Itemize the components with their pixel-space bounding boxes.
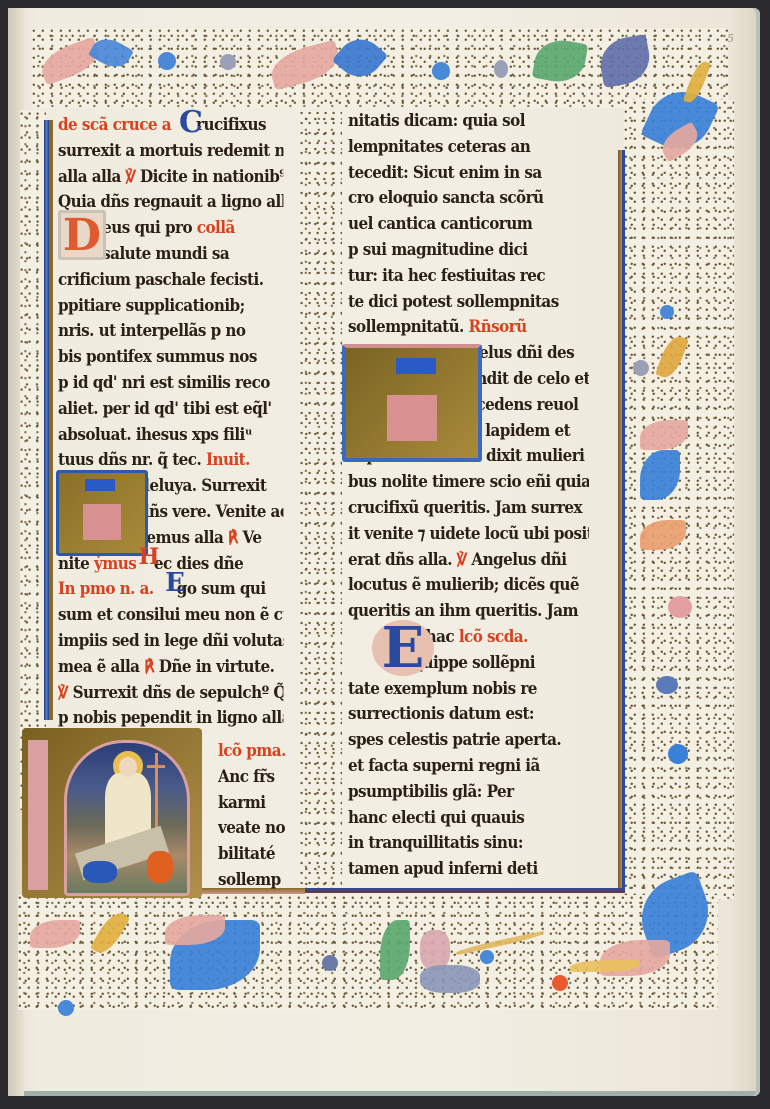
initial-e-ex: E bbox=[372, 620, 434, 676]
text-line: cro eloquio sancta scõrũ bbox=[348, 185, 589, 211]
text-line: ℣ Surrexit dñs de sepulchº Q̃. bbox=[58, 680, 283, 706]
text-line: karmi bbox=[218, 790, 301, 816]
text-beside-miniature: lcõ pma. Anc fr̃s karmi veate no bilitat… bbox=[218, 738, 308, 893]
text-line: erat dñs alla. ℣ Angelus dñi bbox=[348, 547, 589, 573]
text-line: ppitiare supplicationib; bbox=[58, 293, 283, 319]
text-line: locutus ẽ mulierib; dicẽs quẽ bbox=[348, 572, 589, 598]
right-border-decoration bbox=[624, 100, 734, 900]
text-line: nris. ut interpellãs p no bbox=[58, 318, 283, 344]
blue-ball-icon bbox=[480, 950, 494, 964]
text-line: tamen apud inferni deti bbox=[348, 856, 589, 882]
text-line: it venite ⁊ uidete locũ ubi posit⁹ bbox=[348, 521, 589, 547]
right-text-column: nitatis dicam: quia sol lempnitates cete… bbox=[348, 108, 610, 882]
resurrection-miniature bbox=[64, 740, 190, 896]
left-text-column: de scã cruce a rucifixus surrexit a mort… bbox=[58, 112, 303, 731]
left-border-decoration bbox=[20, 110, 46, 810]
text-line: alla alla ℣ Dicite in nationib⁹ bbox=[58, 164, 283, 190]
hybrid-figure-icon bbox=[420, 930, 450, 970]
text-line: crucifixũ queritis. Jam surrex bbox=[348, 495, 589, 521]
initial-panel-blue bbox=[85, 479, 115, 491]
grey-ball-icon bbox=[322, 955, 338, 971]
text-line: bis pontifex summus nos bbox=[58, 344, 283, 370]
text-line: sollempnitatũ. Rn̄sorũ bbox=[348, 314, 589, 340]
text-line: tate exemplum nobis re bbox=[348, 676, 589, 702]
initial-h-haec: H bbox=[138, 546, 160, 568]
text-line: et facta superni regni iã bbox=[348, 753, 589, 779]
blue-flower-icon bbox=[668, 744, 688, 764]
text-line: mea ẽ alla ℟ Dñe in virtute. bbox=[58, 654, 283, 680]
bottom-frame-bar bbox=[300, 888, 625, 893]
text-line: de scã cruce a rucifixus bbox=[58, 112, 283, 138]
text-line: absoluat. ihesus xps filiᵘ bbox=[58, 422, 283, 448]
text-line: veate no bbox=[218, 815, 301, 841]
text-line: crificium paschale fecisti. bbox=[58, 267, 283, 293]
initial-h-stem bbox=[28, 740, 48, 890]
text-line: hanc electi qui quauis bbox=[348, 805, 589, 831]
text-line: p sui magnitudine dici bbox=[348, 237, 589, 263]
text-line: in tranquillitatis sinu: bbox=[348, 830, 589, 856]
blue-ball-icon bbox=[58, 1000, 74, 1016]
initial-panel-pink bbox=[387, 395, 437, 441]
initial-d: D bbox=[58, 210, 106, 260]
blue-ball-icon bbox=[660, 305, 674, 319]
text-line: queritis an ihm queritis. Jam bbox=[348, 598, 589, 624]
sleeping-soldier-orange bbox=[147, 851, 173, 883]
text-line: te dici potest sollempnitas bbox=[348, 289, 589, 315]
text-line: nitatis dicam: quia sol bbox=[348, 108, 589, 134]
pink-ball-icon bbox=[668, 596, 692, 618]
text-line: sollemp bbox=[218, 867, 301, 893]
text-line: bilitaté bbox=[218, 841, 301, 867]
grey-ball-icon bbox=[220, 54, 236, 70]
christ-face bbox=[119, 757, 137, 777]
right-frame-blue bbox=[622, 150, 625, 890]
text-line: bus nolite timere scio eñi quia bbox=[348, 469, 589, 495]
initial-a-alleluya bbox=[56, 470, 148, 556]
text-line: lempnitates ceteras an bbox=[348, 134, 589, 160]
initial-e-ego: E bbox=[162, 570, 188, 596]
text-line: lcõ pma. bbox=[218, 738, 301, 764]
text-line: tur: ita hec festiuitas rec bbox=[348, 263, 589, 289]
text-line: surrexit a mortuis redemit nos bbox=[58, 138, 283, 164]
text-line: uel cantica canticorum bbox=[348, 211, 589, 237]
grey-ball-icon bbox=[494, 60, 508, 78]
cross-bar-icon bbox=[147, 765, 165, 768]
text-line: impiis sed in lege dñi volutas bbox=[58, 628, 283, 654]
initial-panel-blue bbox=[396, 358, 436, 374]
text-line: sum et consilui meu non ẽ cum bbox=[58, 602, 283, 628]
orange-ball-icon bbox=[552, 975, 568, 991]
hybrid-figure-tail-icon bbox=[420, 965, 480, 993]
text-line: Anc fr̃s bbox=[218, 764, 301, 790]
grey-ball-icon bbox=[633, 360, 649, 376]
text-line: tecedit: Sicut enim in sa bbox=[348, 160, 589, 186]
text-line: aliet. per id qd' tibi est eq̃l' bbox=[58, 396, 283, 422]
text-line: psumptibilis glã: Per bbox=[348, 779, 589, 805]
text-line: p id qd' nri est similis reco bbox=[58, 370, 283, 396]
initial-a-angelus bbox=[342, 344, 482, 462]
blue-ball-icon bbox=[656, 676, 678, 694]
text-line: surrectionis datum est: bbox=[348, 701, 589, 727]
initial-c: C bbox=[176, 108, 206, 136]
blue-ball-icon bbox=[432, 62, 450, 80]
sleeping-soldier-blue bbox=[83, 861, 117, 883]
text-line: spes celestis patrie aperta. bbox=[348, 727, 589, 753]
initial-panel-pink bbox=[83, 504, 121, 540]
blue-ball-icon bbox=[158, 52, 176, 70]
left-frame-gold bbox=[49, 120, 53, 720]
